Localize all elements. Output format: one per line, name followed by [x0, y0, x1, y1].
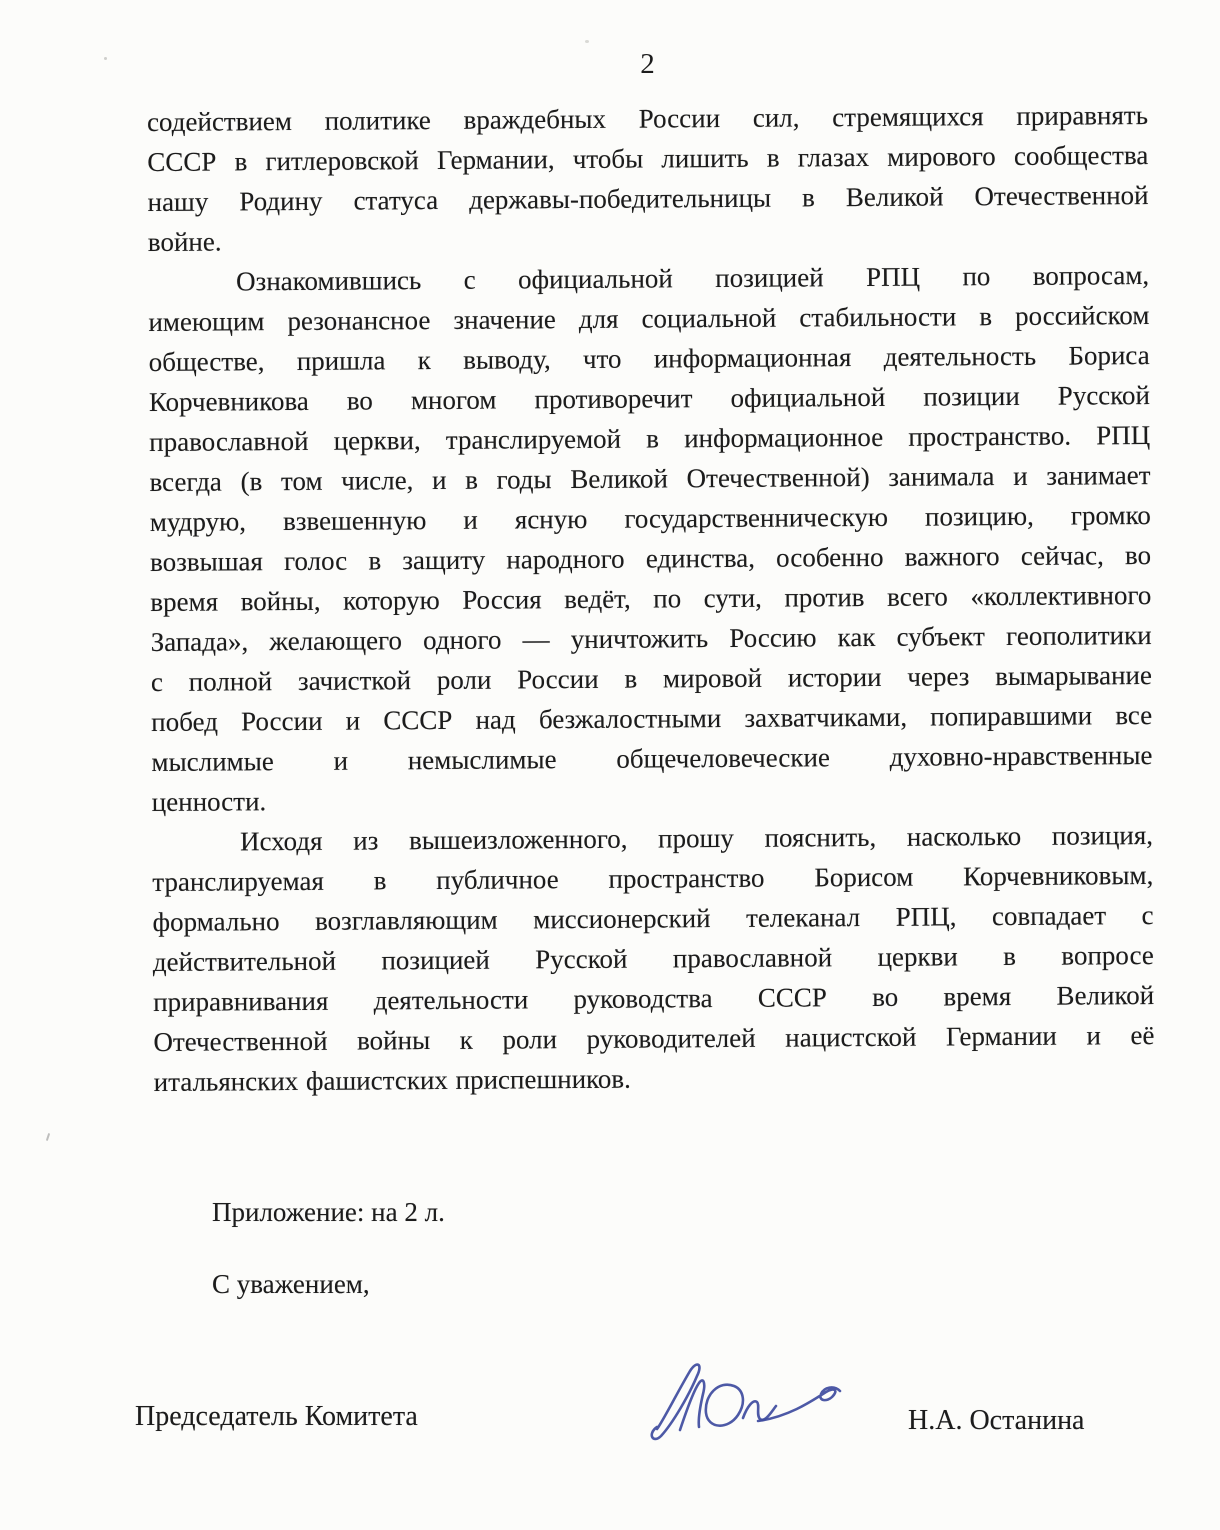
scan-artifact — [104, 57, 107, 60]
signer-name: Н.А. Останина — [908, 1401, 1084, 1441]
body-text-line: обществе, пришла к выводу, что информаци… — [149, 335, 1150, 382]
body-text-line: возвышая голос в защиту народного единст… — [150, 535, 1151, 582]
body-text-line: ценности. — [152, 775, 1153, 822]
scan-artifact — [46, 1133, 50, 1141]
body-text-line: нашу Родину статуса державы-победительни… — [147, 175, 1148, 222]
closing-salutation: С уважением, — [212, 1264, 370, 1304]
body-text-line: побед России и СССР над безжалостными за… — [151, 695, 1152, 742]
body-text-line: православной церкви, транслируемой в инф… — [149, 415, 1150, 462]
body-text-line: приравнивания деятельности руководства С… — [153, 975, 1154, 1022]
body-text-line: мыслимые и немыслимые общечеловеческие д… — [151, 735, 1152, 782]
body-text-line: транслируемая в публичное пространство Б… — [152, 855, 1153, 902]
body-text-line: войне. — [148, 215, 1149, 262]
body-text-line: Отечественной войны к роли руководителей… — [153, 1015, 1154, 1062]
body-text-line: мудрую, взвешенную и ясную государственн… — [150, 495, 1151, 542]
body-text-line: действительной позицией Русской правосла… — [153, 935, 1154, 982]
body-text-line: Корчевникова во многом противоречит офиц… — [149, 375, 1150, 422]
body-text-line: всегда (в том числе, и в годы Великой От… — [149, 455, 1150, 502]
letter-page: 2 содействием политике враждебных России… — [0, 0, 1220, 1530]
handwritten-signature-icon — [645, 1357, 845, 1452]
body-text-line: Исходя из вышеизложенного, прошу пояснит… — [152, 815, 1153, 862]
body-text-line: Запада», желающего одного — уничтожить Р… — [150, 615, 1151, 662]
body-text-line: имеющим резонансное значение для социаль… — [148, 295, 1149, 342]
scan-artifact — [585, 40, 589, 43]
letter-body: содействием политике враждебных России с… — [147, 95, 1155, 1102]
body-text-line: СССР в гитлеровской Германии, чтобы лиши… — [147, 135, 1148, 182]
body-text-line: время войны, которую Россия ведёт, по су… — [150, 575, 1151, 622]
paragraph: Исходя из вышеизложенного, прошу пояснит… — [152, 815, 1155, 1102]
paragraph: содействием политике враждебных России с… — [147, 95, 1149, 262]
signer-title: Председатель Комитета — [135, 1397, 418, 1437]
body-text-line: формально возглавляющим миссионерский те… — [152, 895, 1153, 942]
body-text-line: Ознакомившись с официальной позицией РПЦ… — [148, 255, 1149, 302]
body-text-line: содействием политике враждебных России с… — [147, 95, 1148, 142]
body-text-line: итальянских фашистских приспешников. — [154, 1055, 1155, 1102]
paragraph: Ознакомившись с официальной позицией РПЦ… — [148, 255, 1153, 822]
body-text-line: с полной зачисткой роли России в мировой… — [151, 655, 1152, 702]
page-number: 2 — [147, 44, 1148, 84]
attachment-note: Приложение: на 2 л. — [212, 1192, 445, 1232]
